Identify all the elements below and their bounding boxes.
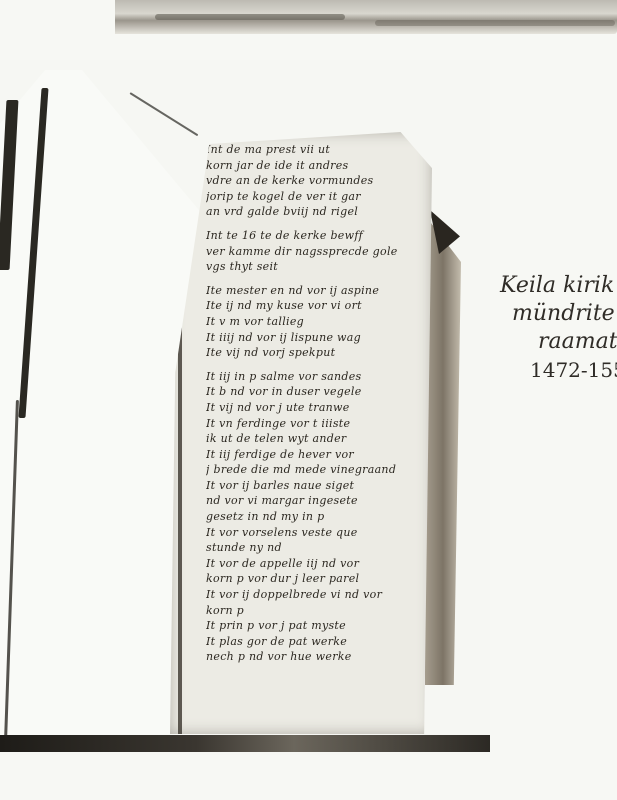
text-line: Int de ma prest vii ut (206, 142, 408, 158)
gap (206, 361, 408, 369)
photo-base-shadow (0, 735, 490, 752)
caption-line-4: 1472-155 (530, 356, 617, 384)
gap (206, 275, 408, 283)
manuscript-leaf: Int de ma prest vii ut korn jar de ide i… (170, 132, 432, 734)
text-line: It b nd vor in duser vegele (206, 384, 408, 400)
text-line: Ite ij nd my kuse vor vi ort (206, 298, 408, 314)
text-line: Ite mester en nd vor ij aspine (206, 283, 408, 299)
text-line: It vor de appelle iij nd vor (206, 556, 408, 572)
text-line: Int te 16 te de kerke bewff (206, 228, 408, 244)
gap (206, 220, 408, 228)
top-photo-strip (115, 0, 617, 34)
text-line: Ite vij nd vorj spekput (206, 345, 408, 361)
text-line: nd vor vi margar ingesete (206, 493, 408, 509)
text-line: korn jar de ide it andres (206, 158, 408, 174)
text-line: korn p (206, 603, 408, 619)
text-line: It plas gor de pat werke (206, 634, 408, 650)
text-line: vgs thyt seit (206, 259, 408, 275)
text-line: j brede die md mede vinegraand (206, 462, 408, 478)
text-line: It iiij nd vor ij lispune wag (206, 330, 408, 346)
text-line: It vor vorselens veste que (206, 525, 408, 541)
streak (375, 20, 615, 26)
text-line: ver kamme dir nagssprecde gole (206, 244, 408, 260)
caption-line-3: raamat (538, 328, 617, 356)
text-line: jorip te kogel de ver it gar (206, 189, 408, 205)
text-line: ik ut de telen wyt ander (206, 431, 408, 447)
handwritten-caption: Keila kirik mündrite raamat 1472-155 (500, 272, 617, 384)
text-line: stunde ny nd (206, 540, 408, 556)
text-line: It iij in p salme vor sandes (206, 369, 408, 385)
text-line: It vor ij barles naue siget (206, 478, 408, 494)
text-line: gesetz in nd my in p (206, 509, 408, 525)
manuscript-text: Int de ma prest vii ut korn jar de ide i… (206, 142, 408, 665)
text-line: It iij ferdige de hever vor (206, 447, 408, 463)
text-line: korn p vor dur j leer parel (206, 571, 408, 587)
text-line: It v m vor tallieg (206, 314, 408, 330)
caption-line-1: Keila kirik (500, 272, 617, 300)
text-line: It vn ferdinge vor t iiiste (206, 416, 408, 432)
text-line: It vor ij doppelbrede vi nd vor (206, 587, 408, 603)
text-line: nech p nd vor hue werke (206, 649, 408, 665)
text-line: vdre an de kerke vormundes (206, 173, 408, 189)
caption-line-2: mündrite (512, 300, 617, 328)
text-line: an vrd galde bviij nd rigel (206, 204, 408, 220)
text-line: It prin p vor j pat myste (206, 618, 408, 634)
text-line: It vij nd vor j ute tranwe (206, 400, 408, 416)
streak (155, 14, 345, 20)
